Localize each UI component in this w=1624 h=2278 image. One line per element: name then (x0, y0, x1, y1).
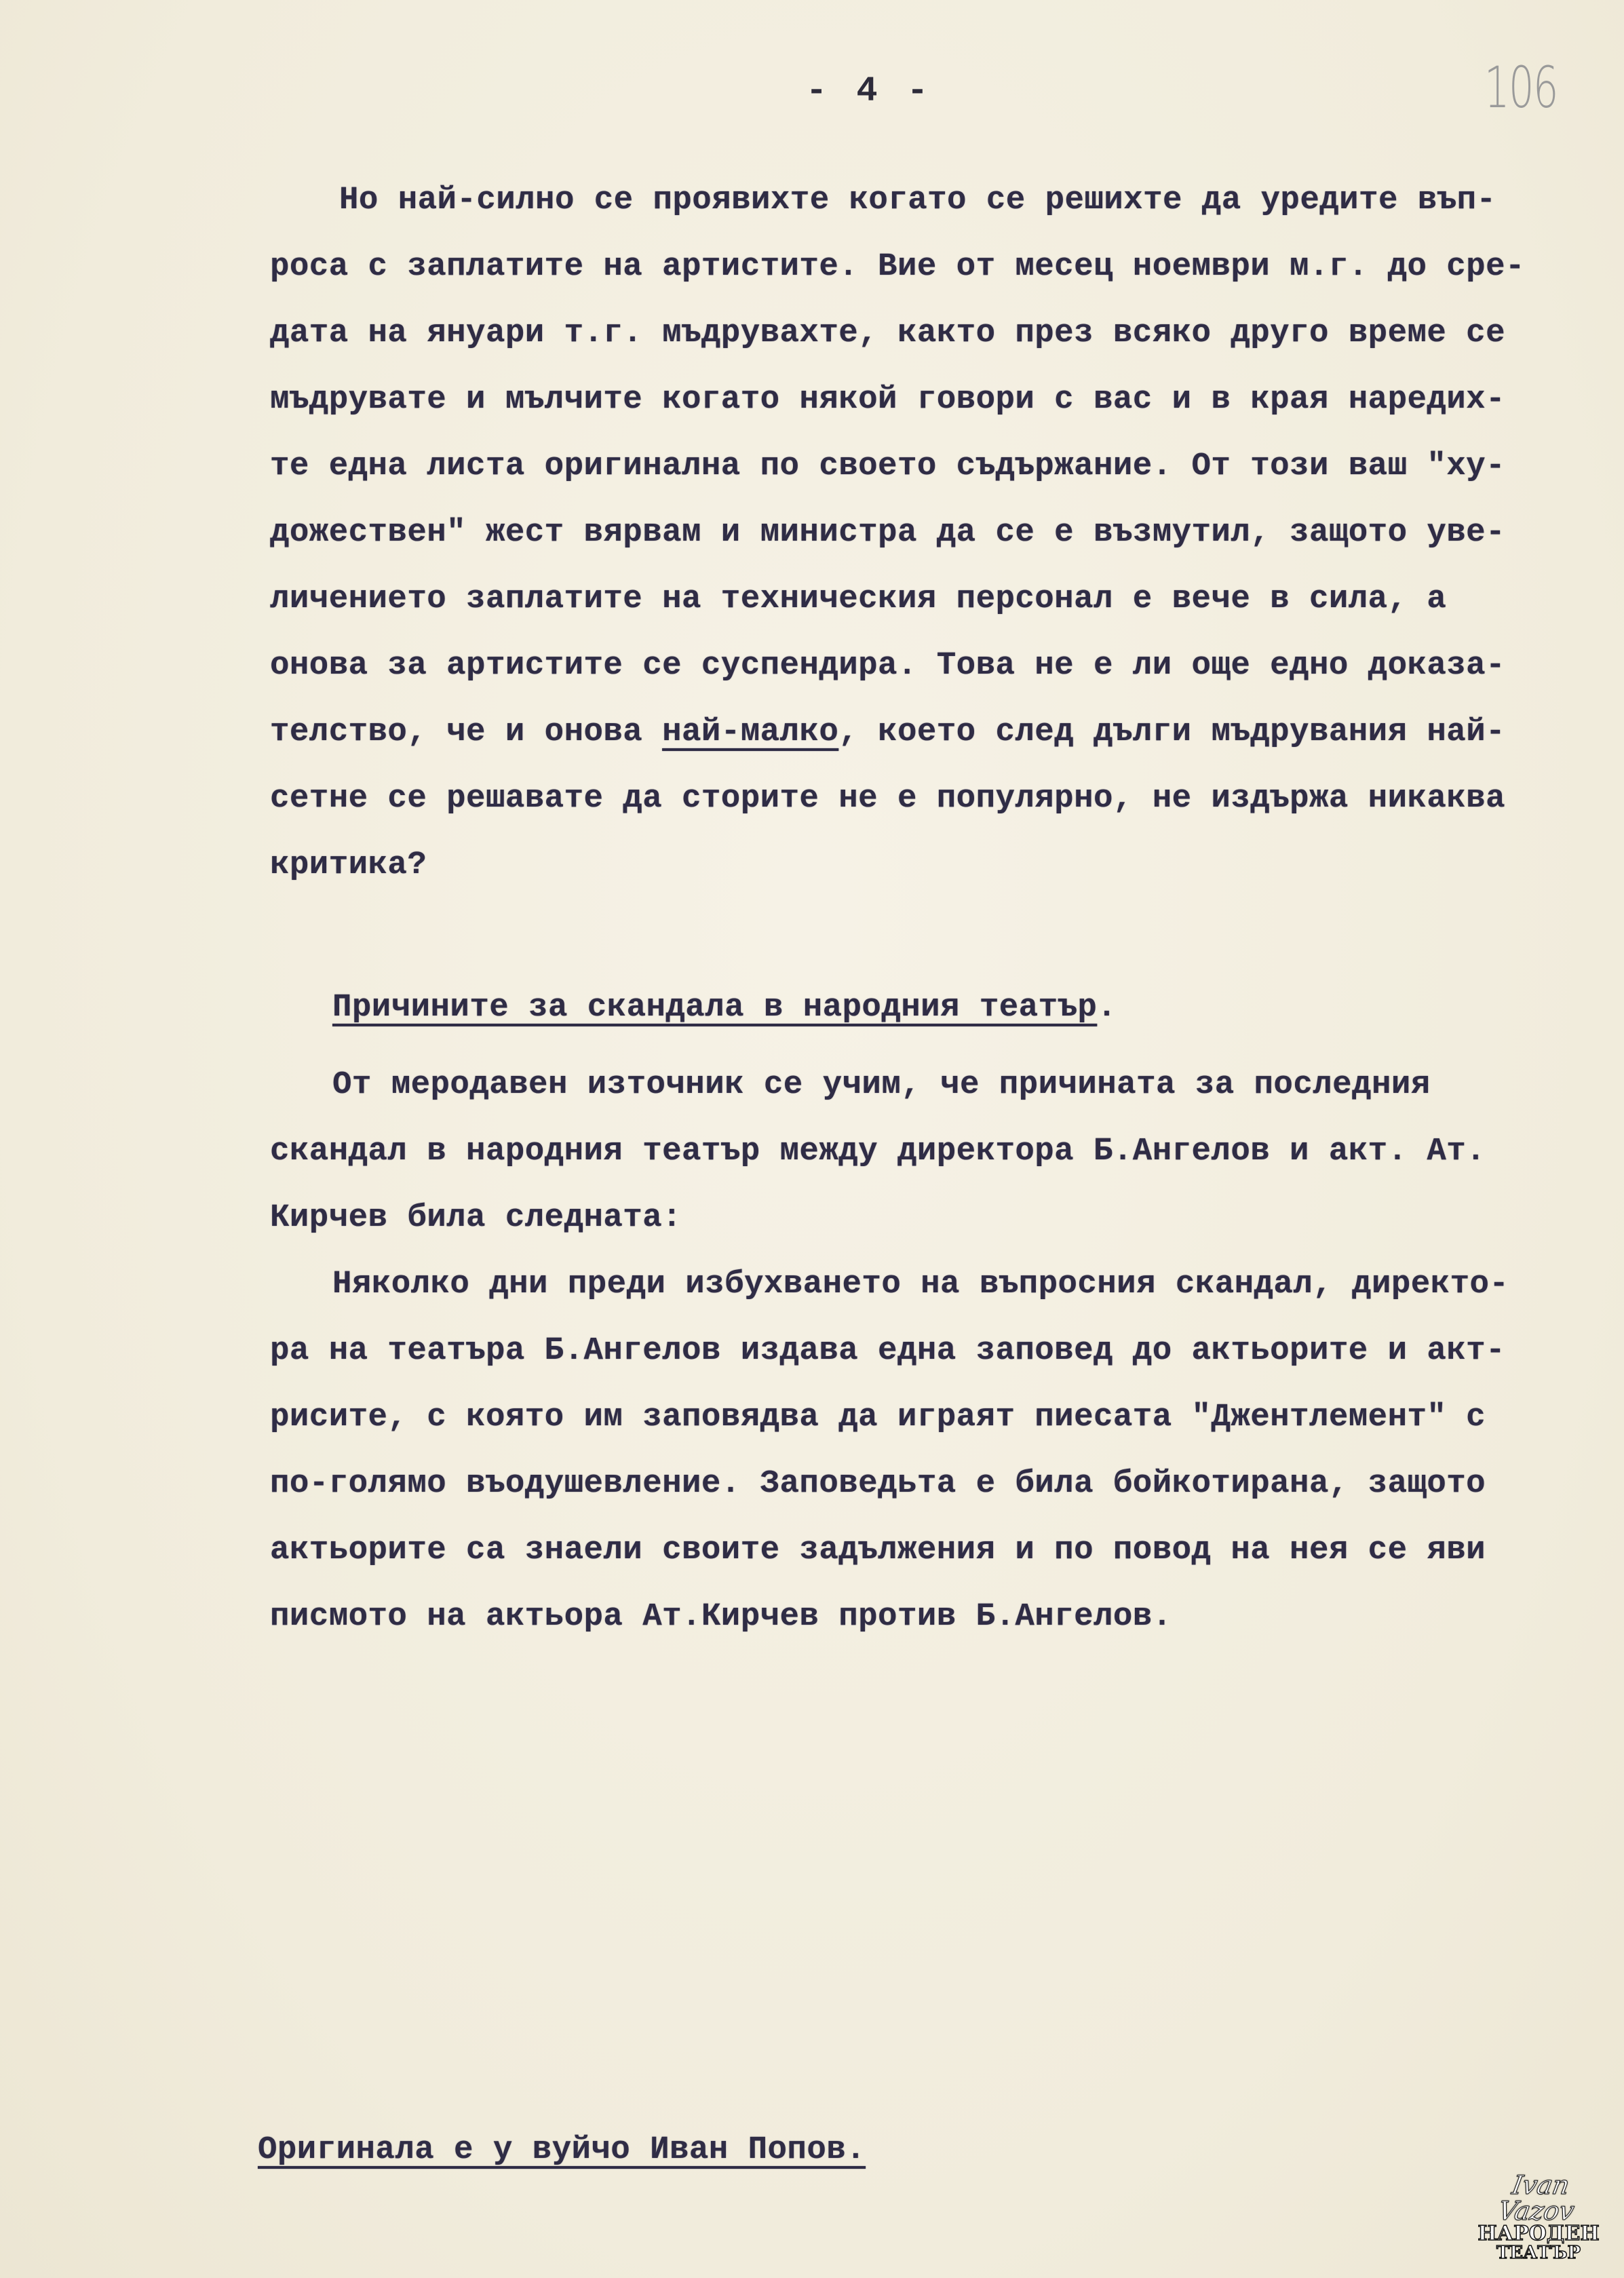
body-line: те една листа оригинална по своето съдър… (270, 448, 1505, 484)
body-line: Няколко дни преди избухването на въпросн… (332, 1266, 1509, 1302)
body-line: Но най-силно се проявихте когато се реши… (339, 182, 1496, 218)
section-heading-punct: . (1097, 989, 1117, 1026)
logo-text-line1: НАРОДЕН (1477, 2224, 1600, 2244)
handwritten-archive-number: 106 (1484, 54, 1558, 121)
body-line: личението заплатите на техническия персо… (270, 581, 1446, 617)
text-segment: , което след дълги мъдрувания най- (838, 714, 1505, 750)
body-line: От меродавен източник се учим, че причин… (332, 1066, 1431, 1103)
logo-script-signature: Ivan Vazov (1473, 2172, 1604, 2224)
text-segment: телство, че и онова (270, 714, 662, 750)
logo-text-line2: ТЕАТЪР (1477, 2244, 1600, 2262)
body-line: по-голямо въодушевление. Заповедьта е би… (270, 1465, 1486, 1502)
underlined-emphasis: най-малко (662, 714, 838, 750)
footer-note: Оригинала е у вуйчо Иван Попов. (258, 2131, 866, 2168)
body-line: дата на януари т.г. мъдрувахте, както пр… (270, 315, 1505, 351)
section-heading-text: Причините за скандала в народния театър (332, 989, 1097, 1026)
body-line: актьорите са знаели своите задължения и … (270, 1532, 1486, 1568)
body-line: критика? (270, 847, 427, 883)
body-line: роса с заплатите на артистите. Вие от ме… (270, 248, 1525, 285)
body-line: ра на театъра Б.Ангелов издава една запо… (270, 1332, 1505, 1369)
body-line: сетне се решавате да сторите не е популя… (270, 780, 1505, 817)
body-line: писмото на актьора Ат.Кирчев против Б.Ан… (270, 1598, 1172, 1635)
body-line: рисите, с която им заповядва да играят п… (270, 1399, 1486, 1435)
page-number: - 4 - (806, 71, 932, 111)
footer-note-text: Оригинала е у вуйчо Иван Попов. (258, 2131, 866, 2168)
national-theatre-logo: Ivan Vazov НАРОДЕН ТЕАТЪР (1477, 2172, 1600, 2262)
body-line: скандал в народния театър между директор… (270, 1133, 1486, 1170)
body-line: Кирчев била следната: (270, 1199, 682, 1236)
body-line: дожествен" жест вярвам и министра да се … (270, 514, 1505, 551)
section-heading: Причините за скандала в народния театър. (332, 989, 1117, 1026)
body-line: онова за артистите се суспендира. Това н… (270, 647, 1505, 684)
body-line-with-emphasis: телство, че и онова най-малко, което сле… (270, 714, 1505, 750)
body-line: мъдрувате и мълчите когато някой говори … (270, 381, 1505, 418)
